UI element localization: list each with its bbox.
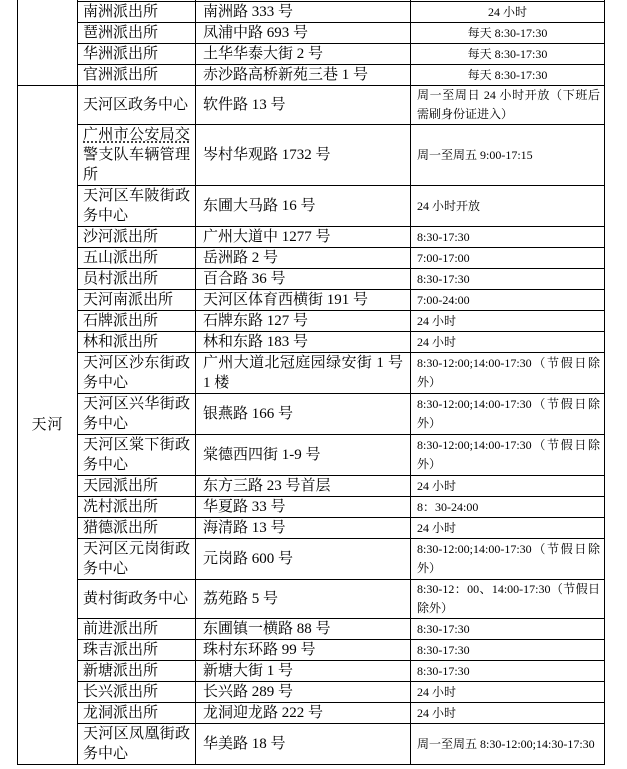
address-cell: 东圃大马路 16 号 xyxy=(196,186,411,227)
document-page: 南洲派出所南洲路 333 号24 小时琶洲派出所凤浦中路 693 号每天 8:3… xyxy=(0,0,627,769)
hours-cell: 8：30-24:00 xyxy=(411,497,605,518)
hours-cell: 周一至周五 8:30-12:00;14:30-17:30 xyxy=(411,724,605,765)
table-row: 员村派出所百合路 36 号8:30-17:30 xyxy=(18,269,605,290)
table-row: 官洲派出所赤沙路高桥新苑三巷 1 号每天 8:30-17:30 xyxy=(18,65,605,86)
address-cell: 广州大道中 1277 号 xyxy=(196,227,411,248)
address-cell: 新塘大街 1 号 xyxy=(196,661,411,682)
hours-cell: 周一至周日 24 小时开放（下班后需刷身份证进入） xyxy=(411,86,605,125)
table-row: 黄村街政务中心荔苑路 5 号8:30-12：00、14:00-17:30（节假日… xyxy=(18,580,605,619)
table-row: 华洲派出所土华华泰大街 2 号每天 8:30-17:30 xyxy=(18,44,605,65)
district-cell xyxy=(18,0,78,86)
hours-cell: 24 小时 xyxy=(411,332,605,353)
table-row: 长兴派出所长兴路 289 号24 小时 xyxy=(18,682,605,703)
site-cell: 天河区沙东街政务中心 xyxy=(78,353,196,394)
site-cell: 沙河派出所 xyxy=(78,227,196,248)
site-name-rest: 警支队车辆管理所 xyxy=(83,147,190,183)
address-cell: 百合路 36 号 xyxy=(196,269,411,290)
site-cell: 龙洞派出所 xyxy=(78,703,196,724)
table-row: 冼村派出所华夏路 33 号8：30-24:00 xyxy=(18,497,605,518)
site-cell: 官洲派出所 xyxy=(78,65,196,86)
site-cell: 南洲派出所 xyxy=(78,2,196,23)
hours-cell: 8:30-17:30 xyxy=(411,661,605,682)
hours-cell: 8:30-12:00;14:00-17:30（节假日除外） xyxy=(411,435,605,476)
hours-cell: 8:30-17:30 xyxy=(411,640,605,661)
hours-cell: 24 小时 xyxy=(411,311,605,332)
hours-cell: 每天 8:30-17:30 xyxy=(411,65,605,86)
table-row: 天河区沙东街政务中心广州大道北冠庭园绿安街 1 号 1 楼8:30-12:00;… xyxy=(18,353,605,394)
hours-cell: 8:30-12:00;14:00-17:30（节假日除外） xyxy=(411,539,605,580)
address-cell: 东方三路 23 号首层 xyxy=(196,476,411,497)
site-cell: 珠吉派出所 xyxy=(78,640,196,661)
table-row: 天河南派出所天河区体育西横街 191 号7:00-24:00 xyxy=(18,290,605,311)
table-row: 天河区兴华街政务中心银燕路 166 号8:30-12:00;14:00-17:3… xyxy=(18,394,605,435)
address-cell: 岳洲路 2 号 xyxy=(196,248,411,269)
hours-cell: 24 小时 xyxy=(411,476,605,497)
hours-cell: 8:30-12：00、14:00-17:30（节假日除外） xyxy=(411,580,605,619)
site-cell: 华洲派出所 xyxy=(78,44,196,65)
stations-table: 南洲派出所南洲路 333 号24 小时琶洲派出所凤浦中路 693 号每天 8:3… xyxy=(17,0,605,765)
site-cell: 天河区棠下街政务中心 xyxy=(78,435,196,476)
table-row: 广州市公安局交警支队车辆管理所岑村华观路 1732 号周一至周五 9:00-17… xyxy=(18,125,605,186)
hours-cell: 7:00-17:00 xyxy=(411,248,605,269)
table-row: 新塘派出所新塘大街 1 号8:30-17:30 xyxy=(18,661,605,682)
address-cell: 银燕路 166 号 xyxy=(196,394,411,435)
table-row: 龙洞派出所龙洞迎龙路 222 号24 小时 xyxy=(18,703,605,724)
hours-cell: 8:30-17:30 xyxy=(411,619,605,640)
site-cell: 长兴派出所 xyxy=(78,682,196,703)
table-row: 天河区棠下街政务中心棠德西四街 1-9 号8:30-12:00;14:00-17… xyxy=(18,435,605,476)
address-cell: 华美路 18 号 xyxy=(196,724,411,765)
site-cell: 石牌派出所 xyxy=(78,311,196,332)
hours-cell: 24 小时开放 xyxy=(411,186,605,227)
address-cell: 天河区体育西横街 191 号 xyxy=(196,290,411,311)
site-name-dotted-part: 广州市公安局交 xyxy=(83,127,190,143)
address-cell: 海清路 13 号 xyxy=(196,518,411,539)
table-row: 珠吉派出所珠村东环路 99 号8:30-17:30 xyxy=(18,640,605,661)
site-cell: 猎德派出所 xyxy=(78,518,196,539)
site-cell: 员村派出所 xyxy=(78,269,196,290)
table-row: 天河区元岗街政务中心元岗路 600 号8:30-12:00;14:00-17:3… xyxy=(18,539,605,580)
address-cell: 元岗路 600 号 xyxy=(196,539,411,580)
table-row: 石牌派出所石牌东路 127 号24 小时 xyxy=(18,311,605,332)
hours-cell: 24 小时 xyxy=(411,682,605,703)
site-cell: 天河区车陂街政务中心 xyxy=(78,186,196,227)
site-cell: 五山派出所 xyxy=(78,248,196,269)
address-cell: 棠德西四街 1-9 号 xyxy=(196,435,411,476)
site-cell: 新塘派出所 xyxy=(78,661,196,682)
hours-cell: 7:00-24:00 xyxy=(411,290,605,311)
hours-cell: 每天 8:30-17:30 xyxy=(411,23,605,44)
hours-cell: 8:30-17:30 xyxy=(411,269,605,290)
stations-table-body: 南洲派出所南洲路 333 号24 小时琶洲派出所凤浦中路 693 号每天 8:3… xyxy=(18,0,605,765)
table-row: 林和派出所林和东路 183 号24 小时 xyxy=(18,332,605,353)
site-cell: 黄村街政务中心 xyxy=(78,580,196,619)
hours-cell: 24 小时 xyxy=(411,2,605,23)
site-cell: 广州市公安局交警支队车辆管理所 xyxy=(78,125,196,186)
hours-cell: 8:30-12:00;14:00-17:30（节假日除外） xyxy=(411,394,605,435)
address-cell: 林和东路 183 号 xyxy=(196,332,411,353)
district-cell: 天河 xyxy=(18,86,78,765)
address-cell: 东圃镇一横路 88 号 xyxy=(196,619,411,640)
table-row: 天河区车陂街政务中心东圃大马路 16 号24 小时开放 xyxy=(18,186,605,227)
site-cell: 天河区兴华街政务中心 xyxy=(78,394,196,435)
hours-cell: 24 小时 xyxy=(411,703,605,724)
table-row: 天河区凤凰街政务中心华美路 18 号周一至周五 8:30-12:00;14:30… xyxy=(18,724,605,765)
hours-cell: 8:30-12:00;14:00-17:30（节假日除外） xyxy=(411,353,605,394)
table-row: 琶洲派出所凤浦中路 693 号每天 8:30-17:30 xyxy=(18,23,605,44)
table-row: 五山派出所岳洲路 2 号7:00-17:00 xyxy=(18,248,605,269)
table-row: 天园派出所东方三路 23 号首层24 小时 xyxy=(18,476,605,497)
site-cell: 林和派出所 xyxy=(78,332,196,353)
address-cell: 华夏路 33 号 xyxy=(196,497,411,518)
address-cell: 赤沙路高桥新苑三巷 1 号 xyxy=(196,65,411,86)
site-cell: 天河区凤凰街政务中心 xyxy=(78,724,196,765)
hours-cell: 周一至周五 9:00-17:15 xyxy=(411,125,605,186)
site-cell: 前进派出所 xyxy=(78,619,196,640)
table-row: 天河天河区政务中心软件路 13 号周一至周日 24 小时开放（下班后需刷身份证进… xyxy=(18,86,605,125)
table-row: 南洲派出所南洲路 333 号24 小时 xyxy=(18,2,605,23)
site-cell: 天河区元岗街政务中心 xyxy=(78,539,196,580)
address-cell: 软件路 13 号 xyxy=(196,86,411,125)
site-cell: 冼村派出所 xyxy=(78,497,196,518)
table-row: 沙河派出所广州大道中 1277 号8:30-17:30 xyxy=(18,227,605,248)
address-cell: 凤浦中路 693 号 xyxy=(196,23,411,44)
address-cell: 珠村东环路 99 号 xyxy=(196,640,411,661)
address-cell: 荔苑路 5 号 xyxy=(196,580,411,619)
hours-cell: 24 小时 xyxy=(411,518,605,539)
hours-cell: 每天 8:30-17:30 xyxy=(411,44,605,65)
address-cell: 南洲路 333 号 xyxy=(196,2,411,23)
table-row: 猎德派出所海清路 13 号24 小时 xyxy=(18,518,605,539)
table-row: 前进派出所东圃镇一横路 88 号8:30-17:30 xyxy=(18,619,605,640)
site-cell: 天河区政务中心 xyxy=(78,86,196,125)
hours-cell: 8:30-17:30 xyxy=(411,227,605,248)
site-cell: 天河南派出所 xyxy=(78,290,196,311)
site-cell: 琶洲派出所 xyxy=(78,23,196,44)
address-cell: 广州大道北冠庭园绿安街 1 号 1 楼 xyxy=(196,353,411,394)
address-cell: 龙洞迎龙路 222 号 xyxy=(196,703,411,724)
address-cell: 石牌东路 127 号 xyxy=(196,311,411,332)
address-cell: 土华华泰大街 2 号 xyxy=(196,44,411,65)
address-cell: 岑村华观路 1732 号 xyxy=(196,125,411,186)
address-cell: 长兴路 289 号 xyxy=(196,682,411,703)
site-cell: 天园派出所 xyxy=(78,476,196,497)
